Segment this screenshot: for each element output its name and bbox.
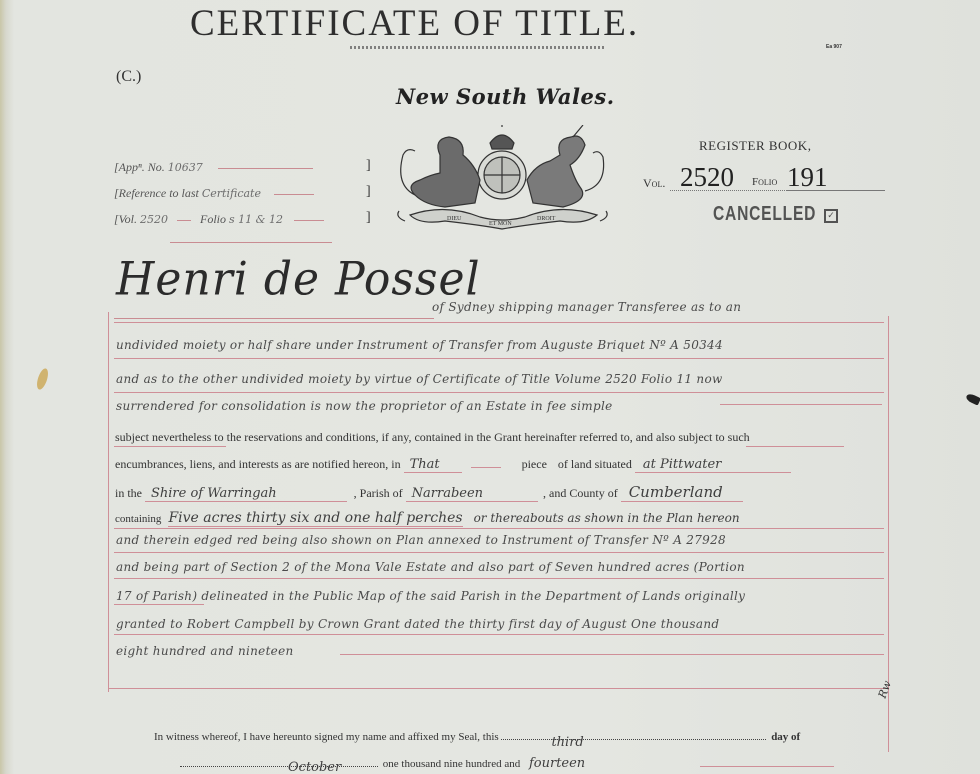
body-border-bottom [108, 688, 888, 689]
registrar-initials: Rw [876, 679, 894, 700]
app-rule [218, 168, 313, 169]
containing-label: containing [115, 513, 161, 525]
prev-folio-value: s 11 & 12 [229, 213, 283, 226]
app-label: [Appⁿ. No. [114, 160, 165, 174]
description-line-2: and being part of Section 2 of the Mona … [116, 560, 745, 574]
register-vol-label: Vol. [643, 176, 665, 191]
ruled-line [114, 578, 884, 579]
year-value: fourteen [529, 756, 585, 771]
app-value: 10637 [168, 161, 203, 174]
ruled-line [114, 552, 884, 553]
state-heading: New South Wales. [396, 84, 615, 109]
body-line-1: of Sydney shipping manager Transferee as… [432, 300, 741, 314]
application-number-row: [Appⁿ. No. 10637 [114, 160, 313, 175]
prev-vol-rule [177, 220, 191, 221]
locality-row: in the Shire of Warringah , Parish of Na… [115, 483, 743, 501]
piece-value: That [404, 457, 462, 473]
parish-label: , Parish of [354, 486, 403, 500]
meta-divider [170, 242, 332, 243]
encumbrance-text: encumbrances, liens, and interests as ar… [115, 457, 401, 471]
register-folio-label: Folio [752, 176, 777, 188]
shire-value: Shire of Warringah [145, 486, 347, 502]
register-vol-value: 2520 [680, 162, 734, 193]
month-value: October [288, 760, 341, 774]
proprietor-name-rule [114, 318, 434, 319]
svg-text:ET MON: ET MON [489, 221, 512, 227]
ruled-line [114, 358, 884, 359]
title-ornamental-rule [350, 46, 605, 49]
subject-clause: subject nevertheless to the reservations… [115, 430, 750, 445]
description-line-1: and therein edged red being also shown o… [116, 533, 726, 547]
description-line-3: 17 of Parish) delineated in the Public M… [116, 589, 745, 603]
witness-text: In witness whereof, I have hereunto sign… [154, 731, 499, 743]
paper-stain [35, 367, 50, 391]
area-value: Five acres thirty six and one half perch… [168, 510, 462, 527]
underline [114, 604, 204, 605]
month-field: October [180, 766, 378, 767]
year-text: one thousand nine hundred and [383, 758, 520, 770]
prev-folio-label: Folio [200, 212, 226, 226]
ruled-line [114, 322, 884, 323]
ruled-line [114, 528, 884, 529]
body-line-2: undivided moiety or half share under Ins… [116, 338, 723, 352]
reference-value: Certificate [202, 187, 261, 200]
svg-text:DROIT: DROIT [537, 216, 556, 222]
document-title: CERTIFICATE OF TITLE. [190, 2, 639, 45]
ruled-line [114, 392, 884, 393]
county-label: , and County of [543, 486, 618, 500]
underline [114, 446, 226, 447]
register-folio-value: 191 [787, 162, 828, 193]
witness-row: In witness whereof, I have hereunto sign… [154, 731, 800, 743]
certificate-page: CERTIFICATE OF TITLE. Ea 907 (C.) New So… [0, 0, 980, 774]
class-mark: (C.) [116, 68, 141, 86]
register-book-heading: REGISTER BOOK, [699, 138, 811, 154]
piece-label: piece [522, 457, 547, 471]
register-vol-rule [670, 190, 788, 191]
bracket-close: ] [366, 184, 371, 200]
day-field: third [501, 739, 766, 740]
date-row: October one thousand nine hundred and fo… [180, 756, 585, 771]
description-line-5: eight hundred and nineteen [116, 644, 294, 658]
proprietor-name: Henri de Possel [116, 253, 481, 307]
prev-vol-label: [Vol. [114, 212, 137, 226]
royal-coat-of-arms-icon: DIEU ET MON DROIT [385, 125, 620, 233]
cancelled-stamp: CANCELLED [713, 203, 816, 226]
parish-value: Narrabeen [406, 486, 538, 502]
body-line-4: surrendered for consolidation is now the… [116, 399, 612, 413]
prev-folio-rule [294, 220, 324, 221]
fill-rule [340, 654, 884, 655]
reference-rule [274, 194, 314, 195]
in-the-label: in the [115, 486, 142, 500]
previous-volume-row: [Vol. 2520 Folio s 11 & 12 [114, 212, 324, 227]
svg-text:DIEU: DIEU [447, 216, 462, 222]
county-value: Cumberland [621, 483, 743, 502]
prev-vol-value: 2520 [140, 213, 168, 226]
reference-label: [Reference to last [114, 186, 199, 200]
day-value: third [551, 735, 583, 750]
bracket-close: ] [366, 158, 371, 174]
area-rest: or thereabouts as shown in the Plan here… [474, 511, 740, 525]
fill-rule [700, 766, 834, 767]
underline [746, 446, 844, 447]
containing-row: containing Five acres thirty six and one… [115, 510, 740, 526]
cancelled-checkbox-icon: ✓ [824, 209, 838, 223]
body-line-3: and as to the other undivided moiety by … [116, 372, 723, 386]
fill-rule [471, 467, 501, 468]
ruled-line [114, 634, 884, 635]
situated-value: at Pittwater [635, 457, 791, 473]
body-border-left [108, 312, 109, 692]
land-situated-label: of land situated [558, 457, 632, 471]
bracket-close: ] [366, 210, 371, 226]
encumbrance-row: encumbrances, liens, and interests as ar… [115, 457, 791, 472]
form-code: Ea 907 [826, 44, 842, 50]
day-of-label: day of [771, 731, 800, 743]
description-line-4: granted to Robert Campbell by Crown Gran… [116, 617, 719, 631]
register-folio-rule [787, 190, 885, 191]
reference-row: [Reference to last Certificate [114, 186, 314, 201]
edge-ink-mark [965, 392, 980, 405]
fill-rule [720, 404, 882, 405]
